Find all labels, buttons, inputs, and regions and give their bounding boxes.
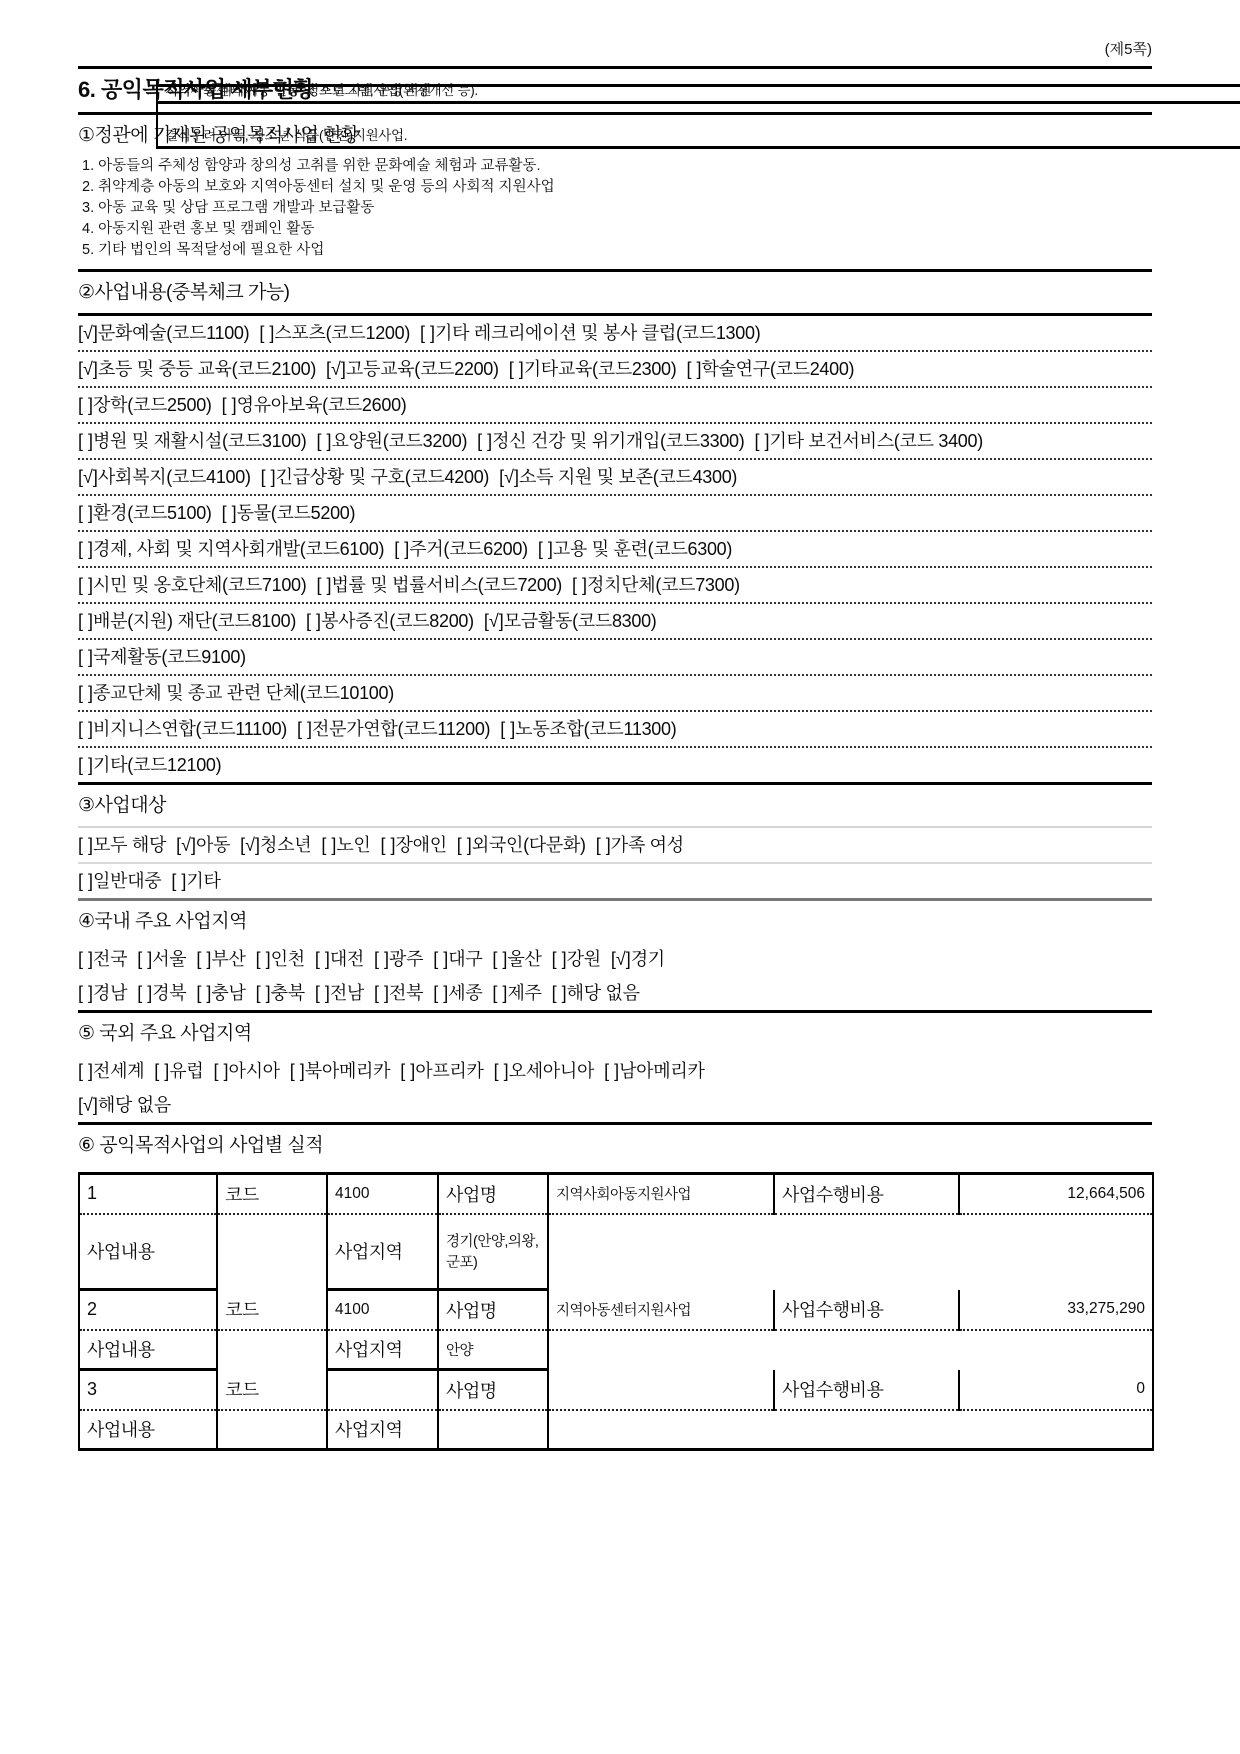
checkbox-label: 청소년 xyxy=(260,835,311,855)
checkbox-option: [ ]아시아 xyxy=(213,1061,279,1081)
checkbox-option: [ ]오세아니아 xyxy=(494,1061,594,1081)
checkbox-row: [ ]비지니스연합(코드11100)[ ]전문가연합(코드11200)[ ]노동… xyxy=(78,710,1152,746)
checkbox-label: 노동조합(코드11300) xyxy=(515,719,676,739)
checkbox-label: 배분(지원) 재단(코드8100) xyxy=(93,611,296,631)
section3-checkbox-rows: [ ]모두 해당[√]아동[√]청소년[ ]노인[ ]장애인[ ]외국인(다문화… xyxy=(78,826,1152,898)
unchecked-checkbox: [ ] xyxy=(477,431,492,451)
section2-header: ②사업내용(중복체크 가능) xyxy=(78,272,1152,313)
unchecked-checkbox: [ ] xyxy=(420,323,435,343)
unchecked-checkbox: [ ] xyxy=(394,539,409,559)
checkbox-option: [ ]기타 보건서비스(코드 3400) xyxy=(754,431,982,451)
checkbox-option: [√]아동 xyxy=(176,835,230,855)
checkbox-option: [ ]스포츠(코드1200) xyxy=(259,323,410,343)
checked-checkbox: [√] xyxy=(240,835,260,855)
unchecked-checkbox: [ ] xyxy=(78,647,93,667)
checkbox-label: 요양원(코드3200) xyxy=(331,431,467,451)
checkbox-option: [ ]요양원(코드3200) xyxy=(316,431,467,451)
checkbox-label: 병원 및 재활시설(코드3100) xyxy=(93,431,306,451)
checkbox-label: 아시아 xyxy=(229,1061,280,1081)
checkbox-option: [ ]전문가연합(코드11200) xyxy=(297,719,490,739)
section4-header: ④국내 주요 사업지역 xyxy=(78,901,1152,942)
checkbox-label: 문화예술(코드1100) xyxy=(98,323,249,343)
checkbox-option: [ ]전국 xyxy=(78,949,127,969)
region-value: 경기(안양,의왕,군포) xyxy=(438,1214,548,1290)
checkbox-label: 학술연구(코드2400) xyxy=(701,359,854,379)
content-label: 사업내용 xyxy=(79,1214,217,1290)
unchecked-checkbox: [ ] xyxy=(78,539,93,559)
checkbox-row: [√]사회복지(코드4100)[ ]긴급상황 및 구호(코드4200)[√]소득… xyxy=(78,458,1152,494)
checkbox-label: 충북 xyxy=(271,983,305,1003)
checkbox-label: 경제, 사회 및 지역사회개발(코드6100) xyxy=(93,539,384,559)
checkbox-label: 고용 및 훈련(코드6300) xyxy=(553,539,732,559)
project-code-row: 1코드4100사업명지역사회아동지원사업사업수행비용12,664,506 xyxy=(79,1174,1153,1214)
checkbox-label: 긴급상황 및 구호(코드4200) xyxy=(276,467,489,487)
checkbox-option: [ ]고용 및 훈련(코드6300) xyxy=(538,539,732,559)
unchecked-checkbox: [ ] xyxy=(222,503,237,523)
checkbox-option: [√]문화예술(코드1100) xyxy=(78,323,249,343)
checkbox-label: 일반대중 xyxy=(93,871,161,891)
checkbox-option: [ ]경북 xyxy=(137,983,186,1003)
purpose-item: 4. 아동지원 관련 홍보 및 캠페인 활동 xyxy=(82,219,1152,240)
checkbox-label: 해당 없음 xyxy=(567,983,640,1003)
checkbox-option: [ ]모두 해당 xyxy=(78,835,166,855)
checkbox-label: 아동 xyxy=(196,835,230,855)
checkbox-label: 정치단체(코드7300) xyxy=(587,575,740,595)
section1-item-list: 1. 아동들의 주체성 함양과 창의성 고취를 위한 문화예술 체험과 교류활동… xyxy=(78,156,1152,269)
checkbox-row: [ ]장학(코드2500)[ ]영유아보육(코드2600) xyxy=(78,386,1152,422)
cost-label: 사업수행비용 xyxy=(774,1174,959,1214)
checkbox-label: 국제활동(코드9100) xyxy=(93,647,246,667)
checkbox-option: [√]초등 및 중등 교육(코드2100) xyxy=(78,359,316,379)
unchecked-checkbox: [ ] xyxy=(492,983,507,1003)
checkbox-row: [ ]시민 및 옹호단체(코드7100)[ ]법률 및 법률서비스(코드7200… xyxy=(78,566,1152,602)
checkbox-option: [ ]충남 xyxy=(196,983,245,1003)
checkbox-label: 대구 xyxy=(448,949,482,969)
checkbox-option: [ ]법률 및 법률서비스(코드7200) xyxy=(316,575,562,595)
checked-checkbox: [√] xyxy=(484,611,504,631)
checkbox-label: 남아메리카 xyxy=(619,1061,704,1081)
unchecked-checkbox: [ ] xyxy=(154,1061,169,1081)
checkbox-label: 서울 xyxy=(152,949,186,969)
checkbox-option: [ ]정신 건강 및 위기개입(코드3300) xyxy=(477,431,744,451)
checkbox-label: 환경(코드5100) xyxy=(93,503,212,523)
checkbox-option: [ ]충북 xyxy=(256,983,305,1003)
page-number: (제5쪽) xyxy=(78,40,1152,66)
purpose-item: 3. 아동 교육 및 상담 프로그램 개발과 보급활동 xyxy=(82,198,1152,219)
checkbox-row: [ ]국제활동(코드9100) xyxy=(78,638,1152,674)
checked-checkbox: [√] xyxy=(78,323,98,343)
name-value xyxy=(548,1370,774,1410)
checkbox-option: [ ]국제활동(코드9100) xyxy=(78,647,246,667)
checkbox-option: [√]해당 없음 xyxy=(78,1095,171,1115)
cost-label: 사업수행비용 xyxy=(774,1290,959,1330)
checkbox-label: 사회복지(코드4100) xyxy=(98,467,251,487)
unchecked-checkbox: [ ] xyxy=(538,539,553,559)
checkbox-row: [ ]경제, 사회 및 지역사회개발(코드6100)[ ]주거(코드6200)[… xyxy=(78,530,1152,566)
section-domestic-regions: ④국내 주요 사업지역 [ ]전국[ ]서울[ ]부산[ ]인천[ ]대전[ ]… xyxy=(78,901,1152,1010)
checkbox-label: 전문가연합(코드11200) xyxy=(312,719,490,739)
checkbox-option: [√]사회복지(코드4100) xyxy=(78,467,251,487)
checkbox-label: 장학(코드2500) xyxy=(93,395,212,415)
checkbox-label: 법률 및 법률서비스(코드7200) xyxy=(331,575,562,595)
unchecked-checkbox: [ ] xyxy=(78,949,93,969)
project-content-row: 사업내용지역사회 취약계층 아동, 청소년 지원사업(환경개선 등).결식우려 … xyxy=(79,1214,1153,1290)
checkbox-label: 노인 xyxy=(336,835,370,855)
unchecked-checkbox: [ ] xyxy=(78,871,93,891)
unchecked-checkbox: [ ] xyxy=(78,755,93,775)
checkbox-option: [ ]학술연구(코드2400) xyxy=(686,359,854,379)
checkbox-row: [ ]환경(코드5100)[ ]동물(코드5200) xyxy=(78,494,1152,530)
checkbox-option: [ ]대전 xyxy=(315,949,364,969)
code-label: 코드 xyxy=(217,1174,327,1214)
checkbox-option: [ ]가족 여성 xyxy=(596,835,684,855)
page-content: (제5쪽) 6. 공익목적사업 세부현황 ①정관에 기재된 공익목적사업 현황 … xyxy=(78,40,1152,1451)
project-number: 3 xyxy=(79,1370,217,1410)
checkbox-option: [ ]기타교육(코드2300) xyxy=(509,359,677,379)
unchecked-checkbox: [ ] xyxy=(321,835,336,855)
cost-value: 12,664,506 xyxy=(959,1174,1153,1214)
project-number: 1 xyxy=(79,1174,217,1214)
checkbox-label: 오세아니아 xyxy=(509,1061,594,1081)
checkbox-label: 외국인(다문화) xyxy=(472,835,586,855)
checked-checkbox: [√] xyxy=(611,949,631,969)
code-value xyxy=(327,1370,438,1410)
unchecked-checkbox: [ ] xyxy=(78,611,93,631)
checkbox-option: [ ]주거(코드6200) xyxy=(394,539,528,559)
checkbox-option: [ ]세종 xyxy=(433,983,482,1003)
checkbox-label: 봉사증진(코드8200) xyxy=(321,611,474,631)
checkbox-label: 고등교육(코드2200) xyxy=(346,359,499,379)
checkbox-label: 강원 xyxy=(567,949,601,969)
checkbox-label: 모두 해당 xyxy=(93,835,166,855)
content-value xyxy=(156,80,1240,87)
unchecked-checkbox: [ ] xyxy=(552,983,567,1003)
checked-checkbox: [√] xyxy=(78,1095,98,1115)
checked-checkbox: [√] xyxy=(499,467,519,487)
unchecked-checkbox: [ ] xyxy=(78,503,93,523)
checkbox-option: [ ]부산 xyxy=(196,949,245,969)
checkbox-option: [ ]서울 xyxy=(137,949,186,969)
checkbox-row: [ ]전국[ ]서울[ ]부산[ ]인천[ ]대전[ ]광주[ ]대구[ ]울산… xyxy=(78,942,1152,976)
checkbox-option: [ ]비지니스연합(코드11100) xyxy=(78,719,287,739)
section6-header: ⑥ 공익목적사업의 사업별 실적 xyxy=(78,1125,1152,1166)
checkbox-label: 소득 지원 및 보존(코드4300) xyxy=(519,467,737,487)
checkbox-row: [ ]경남[ ]경북[ ]충남[ ]충북[ ]전남[ ]전북[ ]세종[ ]제주… xyxy=(78,976,1152,1010)
unchecked-checkbox: [ ] xyxy=(290,1061,305,1081)
checkbox-label: 기타 레크리에이션 및 봉사 클럽(코드1300) xyxy=(435,323,760,343)
checkbox-option: [ ]전북 xyxy=(374,983,423,1003)
checkbox-option: [ ]노인 xyxy=(321,835,370,855)
checkbox-label: 인천 xyxy=(271,949,305,969)
project-code-row: 3코드사업명사업수행비용0 xyxy=(79,1370,1153,1410)
purpose-item: 2. 취약계층 아동의 보호와 지역아동센터 설치 및 운영 등의 사회적 지원… xyxy=(82,177,1152,198)
checkbox-option: [ ]북아메리카 xyxy=(290,1061,390,1081)
checkbox-row: [ ]배분(지원) 재단(코드8100)[ ]봉사증진(코드8200)[√]모금… xyxy=(78,602,1152,638)
checkbox-label: 기타교육(코드2300) xyxy=(524,359,677,379)
region-label: 사업지역 xyxy=(327,1214,438,1290)
checkbox-label: 전국 xyxy=(93,949,127,969)
checkbox-label: 동물(코드5200) xyxy=(237,503,356,523)
checkbox-label: 해당 없음 xyxy=(98,1095,171,1115)
unchecked-checkbox: [ ] xyxy=(78,575,93,595)
checkbox-option: [ ]제주 xyxy=(492,983,541,1003)
unchecked-checkbox: [ ] xyxy=(261,467,276,487)
checkbox-option: [ ]영유아보육(코드2600) xyxy=(222,395,407,415)
unchecked-checkbox: [ ] xyxy=(381,835,396,855)
checkbox-option: [ ]광주 xyxy=(374,949,423,969)
project-number: 2 xyxy=(79,1290,217,1330)
checkbox-option: [ ]전세계 xyxy=(78,1061,144,1081)
unchecked-checkbox: [ ] xyxy=(78,835,93,855)
checkbox-option: [ ]경제, 사회 및 지역사회개발(코드6100) xyxy=(78,539,384,559)
unchecked-checkbox: [ ] xyxy=(196,949,211,969)
name-label: 사업명 xyxy=(438,1370,548,1410)
purpose-item: 5. 기타 법인의 목적달성에 필요한 사업 xyxy=(82,240,1152,261)
checked-checkbox: [√] xyxy=(78,467,98,487)
checkbox-label: 종교단체 및 종교 관련 단체(코드10100) xyxy=(93,683,394,703)
checkbox-label: 제주 xyxy=(507,983,541,1003)
checkbox-row: [√]초등 및 중등 교육(코드2100)[√]고등교육(코드2200)[ ]기… xyxy=(78,350,1152,386)
projects-table: 1코드4100사업명지역사회아동지원사업사업수행비용12,664,506사업내용… xyxy=(78,1172,1154,1451)
unchecked-checkbox: [ ] xyxy=(78,719,93,739)
section3-header: ③사업대상 xyxy=(78,785,1152,826)
unchecked-checkbox: [ ] xyxy=(457,835,472,855)
name-value: 지역아동센터지원사업 xyxy=(548,1290,774,1330)
project-content-row: 사업내용지역아동센터 아동 일상 및 프로그램, 운영 지원사업지역안양 xyxy=(79,1330,1153,1370)
checkbox-label: 충남 xyxy=(211,983,245,1003)
purpose-item: 1. 아동들의 주체성 함양과 창의성 고취를 위한 문화예술 체험과 교류활동… xyxy=(82,156,1152,177)
checkbox-label: 시민 및 옹호단체(코드7100) xyxy=(93,575,306,595)
unchecked-checkbox: [ ] xyxy=(494,1061,509,1081)
unchecked-checkbox: [ ] xyxy=(604,1061,619,1081)
unchecked-checkbox: [ ] xyxy=(316,575,331,595)
unchecked-checkbox: [ ] xyxy=(509,359,524,379)
checkbox-option: [ ]긴급상황 및 구호(코드4200) xyxy=(261,467,489,487)
section2-checkbox-rows: [√]문화예술(코드1100)[ ]스포츠(코드1200)[ ]기타 레크리에이… xyxy=(78,316,1152,782)
unchecked-checkbox: [ ] xyxy=(492,949,507,969)
checkbox-option: [ ]병원 및 재활시설(코드3100) xyxy=(78,431,306,451)
unchecked-checkbox: [ ] xyxy=(754,431,769,451)
unchecked-checkbox: [ ] xyxy=(433,983,448,1003)
unchecked-checkbox: [ ] xyxy=(552,949,567,969)
checkbox-option: [ ]환경(코드5100) xyxy=(78,503,212,523)
unchecked-checkbox: [ ] xyxy=(259,323,274,343)
checkbox-row: [ ]모두 해당[√]아동[√]청소년[ ]노인[ ]장애인[ ]외국인(다문화… xyxy=(78,826,1152,862)
unchecked-checkbox: [ ] xyxy=(137,983,152,1003)
checkbox-label: 세종 xyxy=(448,983,482,1003)
checkbox-option: [ ]기타(코드12100) xyxy=(78,755,221,775)
cost-value: 33,275,290 xyxy=(959,1290,1153,1330)
unchecked-checkbox: [ ] xyxy=(78,1061,93,1081)
project-code-row: 2코드4100사업명지역아동센터지원사업사업수행비용33,275,290 xyxy=(79,1290,1153,1330)
checkbox-label: 기타 보건서비스(코드 3400) xyxy=(769,431,982,451)
checkbox-option: [ ]유럽 xyxy=(154,1061,203,1081)
checkbox-option: [ ]기타 xyxy=(171,871,220,891)
section-target: ③사업대상 [ ]모두 해당[√]아동[√]청소년[ ]노인[ ]장애인[ ]외… xyxy=(78,785,1152,898)
name-label: 사업명 xyxy=(438,1174,548,1214)
checkbox-option: [ ]장학(코드2500) xyxy=(78,395,212,415)
checkbox-option: [ ]강원 xyxy=(552,949,601,969)
cost-value: 0 xyxy=(959,1370,1153,1410)
code-value: 4100 xyxy=(327,1290,438,1330)
unchecked-checkbox: [ ] xyxy=(316,431,331,451)
unchecked-checkbox: [ ] xyxy=(196,983,211,1003)
project-content-row: 사업내용사업지역 xyxy=(79,1410,1153,1450)
checkbox-option: [ ]아프리카 xyxy=(400,1061,483,1081)
unchecked-checkbox: [ ] xyxy=(78,983,93,1003)
unchecked-checkbox: [ ] xyxy=(213,1061,228,1081)
document-page: (제5쪽) 6. 공익목적사업 세부현황 ①정관에 기재된 공익목적사업 현황 … xyxy=(0,0,1240,1754)
checkbox-label: 비지니스연합(코드11100) xyxy=(93,719,287,739)
code-label: 코드 xyxy=(217,1370,327,1410)
unchecked-checkbox: [ ] xyxy=(78,431,93,451)
checkbox-label: 전남 xyxy=(330,983,364,1003)
region-label: 사업지역 xyxy=(327,1330,438,1370)
checked-checkbox: [√] xyxy=(78,359,98,379)
checkbox-label: 주거(코드6200) xyxy=(409,539,528,559)
section-overseas-regions: ⑤ 국외 주요 사업지역 [ ]전세계[ ]유럽[ ]아시아[ ]북아메리카[ … xyxy=(78,1013,1152,1122)
checkbox-label: 스포츠(코드1200) xyxy=(274,323,410,343)
unchecked-checkbox: [ ] xyxy=(400,1061,415,1081)
unchecked-checkbox: [ ] xyxy=(315,949,330,969)
unchecked-checkbox: [ ] xyxy=(222,395,237,415)
section4-checkbox-rows: [ ]전국[ ]서울[ ]부산[ ]인천[ ]대전[ ]광주[ ]대구[ ]울산… xyxy=(78,942,1152,1010)
checkbox-label: 울산 xyxy=(507,949,541,969)
checkbox-option: [ ]인천 xyxy=(256,949,305,969)
checkbox-option: [√]소득 지원 및 보존(코드4300) xyxy=(499,467,737,487)
section-business-content: ②사업내용(중복체크 가능) xyxy=(78,272,1152,313)
unchecked-checkbox: [ ] xyxy=(306,611,321,631)
code-label: 코드 xyxy=(217,1290,327,1330)
checkbox-option: [√]모금활동(코드8300) xyxy=(484,611,657,631)
unchecked-checkbox: [ ] xyxy=(596,835,611,855)
checkbox-option: [ ]기타 레크리에이션 및 봉사 클럽(코드1300) xyxy=(420,323,760,343)
checkbox-label: 영유아보육(코드2600) xyxy=(237,395,407,415)
checkbox-label: 장애인 xyxy=(396,835,447,855)
unchecked-checkbox: [ ] xyxy=(315,983,330,1003)
checkbox-option: [ ]대구 xyxy=(433,949,482,969)
name-label: 사업명 xyxy=(438,1290,548,1330)
checkbox-label: 기타 xyxy=(186,871,220,891)
unchecked-checkbox: [ ] xyxy=(78,683,93,703)
checkbox-option: [ ]동물(코드5200) xyxy=(222,503,356,523)
region-value xyxy=(438,1410,548,1450)
content-label: 사업내용 xyxy=(79,1330,217,1370)
checkbox-option: [ ]경남 xyxy=(78,983,127,1003)
unchecked-checkbox: [ ] xyxy=(686,359,701,379)
checked-checkbox: [√] xyxy=(326,359,346,379)
checkbox-label: 유럽 xyxy=(169,1061,203,1081)
checkbox-row: [√]해당 없음 xyxy=(78,1088,1152,1122)
unchecked-checkbox: [ ] xyxy=(572,575,587,595)
checkbox-option: [ ]종교단체 및 종교 관련 단체(코드10100) xyxy=(78,683,394,703)
checkbox-option: [ ]남아메리카 xyxy=(604,1061,704,1081)
unchecked-checkbox: [ ] xyxy=(78,395,93,415)
unchecked-checkbox: [ ] xyxy=(500,719,515,739)
code-value: 4100 xyxy=(327,1174,438,1214)
checkbox-label: 전북 xyxy=(389,983,423,1003)
checked-checkbox: [√] xyxy=(176,835,196,855)
checkbox-row: [ ]일반대중[ ]기타 xyxy=(78,862,1152,898)
checkbox-option: [ ]일반대중 xyxy=(78,871,161,891)
unchecked-checkbox: [ ] xyxy=(256,949,271,969)
checkbox-label: 모금활동(코드8300) xyxy=(504,611,657,631)
unchecked-checkbox: [ ] xyxy=(171,871,186,891)
checkbox-label: 초등 및 중등 교육(코드2100) xyxy=(98,359,316,379)
checkbox-row: [√]문화예술(코드1100)[ ]스포츠(코드1200)[ ]기타 레크리에이… xyxy=(78,316,1152,350)
unchecked-checkbox: [ ] xyxy=(137,949,152,969)
checkbox-row: [ ]전세계[ ]유럽[ ]아시아[ ]북아메리카[ ]아프리카[ ]오세아니아… xyxy=(78,1054,1152,1088)
unchecked-checkbox: [ ] xyxy=(433,949,448,969)
checkbox-option: [ ]시민 및 옹호단체(코드7100) xyxy=(78,575,306,595)
unchecked-checkbox: [ ] xyxy=(256,983,271,1003)
checkbox-label: 경기 xyxy=(631,949,665,969)
checkbox-option: [√]청소년 xyxy=(240,835,311,855)
checkbox-option: [ ]전남 xyxy=(315,983,364,1003)
checkbox-label: 부산 xyxy=(211,949,245,969)
checkbox-label: 아프리카 xyxy=(415,1061,483,1081)
checkbox-option: [ ]해당 없음 xyxy=(552,983,640,1003)
checkbox-option: [√]고등교육(코드2200) xyxy=(326,359,499,379)
checkbox-row: [ ]종교단체 및 종교 관련 단체(코드10100) xyxy=(78,674,1152,710)
unchecked-checkbox: [ ] xyxy=(374,949,389,969)
checkbox-option: [ ]노동조합(코드11300) xyxy=(500,719,676,739)
checkbox-label: 정신 건강 및 위기개입(코드3300) xyxy=(492,431,744,451)
checkbox-option: [ ]장애인 xyxy=(381,835,447,855)
content-label: 사업내용 xyxy=(79,1410,217,1450)
unchecked-checkbox: [ ] xyxy=(374,983,389,1003)
checkbox-label: 경북 xyxy=(152,983,186,1003)
region-label: 사업지역 xyxy=(327,1410,438,1450)
checkbox-option: [ ]울산 xyxy=(492,949,541,969)
checkbox-label: 가족 여성 xyxy=(611,835,684,855)
cost-label: 사업수행비용 xyxy=(774,1370,959,1410)
checkbox-label: 대전 xyxy=(330,949,364,969)
checkbox-label: 전세계 xyxy=(93,1061,144,1081)
unchecked-checkbox: [ ] xyxy=(297,719,312,739)
name-value: 지역사회아동지원사업 xyxy=(548,1174,774,1214)
region-value: 안양 xyxy=(438,1330,548,1370)
checkbox-option: [ ]외국인(다문화) xyxy=(457,835,586,855)
checkbox-row: [ ]기타(코드12100) xyxy=(78,746,1152,782)
section-project-results: ⑥ 공익목적사업의 사업별 실적 1코드4100사업명지역사회아동지원사업사업수… xyxy=(78,1125,1152,1451)
checkbox-label: 경남 xyxy=(93,983,127,1003)
checkbox-option: [ ]배분(지원) 재단(코드8100) xyxy=(78,611,296,631)
checkbox-row: [ ]병원 및 재활시설(코드3100)[ ]요양원(코드3200)[ ]정신 … xyxy=(78,422,1152,458)
checkbox-option: [ ]정치단체(코드7300) xyxy=(572,575,740,595)
section5-header: ⑤ 국외 주요 사업지역 xyxy=(78,1013,1152,1054)
checkbox-label: 북아메리카 xyxy=(305,1061,390,1081)
checkbox-option: [ ]봉사증진(코드8200) xyxy=(306,611,474,631)
section5-checkbox-rows: [ ]전세계[ ]유럽[ ]아시아[ ]북아메리카[ ]아프리카[ ]오세아니아… xyxy=(78,1054,1152,1122)
checkbox-option: [√]경기 xyxy=(611,949,665,969)
checkbox-label: 광주 xyxy=(389,949,423,969)
checkbox-label: 기타(코드12100) xyxy=(93,755,221,775)
